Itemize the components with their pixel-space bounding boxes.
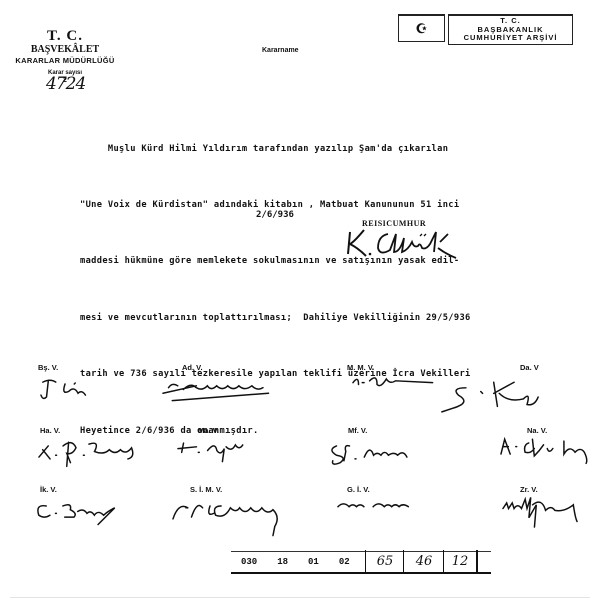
department-title: KARARLAR MÜDÜRLÜĞÜ	[0, 56, 130, 66]
body-line: Muşlu Kürd Hilmi Yıldırım tarafından yaz…	[80, 140, 580, 159]
ref-hand-3: 12	[443, 550, 478, 572]
decree-date: 2/6/936	[256, 210, 294, 220]
minister-signature: T. R. Aras	[26, 437, 151, 479]
minister-signature: S. Arıkan	[318, 437, 443, 479]
ref-code-3: 01	[298, 557, 329, 567]
archive-stamp: ☪ T. C. BAŞBAKANLIK CUMHURİYET ARŞİVİ	[398, 14, 574, 43]
minister-label: Bş. V.	[38, 363, 58, 372]
minister-label: Ha. V.	[40, 426, 60, 435]
body-line: maddesi hükmüne göre memlekete sokulması…	[80, 252, 580, 271]
minister-label: Da. V	[520, 363, 539, 372]
minister-label: Mf. V.	[348, 426, 367, 435]
minister-signature: M. Erkmen	[490, 494, 600, 536]
minister-label: Ma. V.	[198, 426, 219, 435]
archive-reference: 030 18 01 02 65 46 12	[231, 551, 491, 574]
minister-label: Ad. V.	[182, 363, 203, 372]
ref-hand-1: 65	[365, 550, 404, 572]
minister-signature: A. Çetin Kaya	[488, 434, 600, 476]
state-title: T. C.	[0, 28, 130, 44]
office-title: BAŞVEKÂLET	[0, 44, 130, 56]
minister-signature: Ş. Kaya	[440, 377, 565, 419]
crescent-star-icon: ☪	[398, 14, 445, 42]
minister-signature: İ. İnönü	[28, 375, 153, 417]
ref-code-4: 02	[329, 557, 360, 567]
minister-label: İk. V.	[40, 485, 57, 494]
minister-label: G. İ. V.	[347, 485, 370, 494]
president-signature	[340, 224, 490, 264]
page-edge	[10, 597, 590, 598]
minister-signature: R. Saydam	[160, 497, 285, 539]
ref-hand-2: 46	[403, 550, 444, 572]
ref-code-2: 18	[267, 557, 298, 567]
minister-label: S. İ. M. V.	[190, 485, 222, 494]
decree-number: 4724	[46, 74, 85, 94]
archive-stamp-text: T. C. BAŞBAKANLIK CUMHURİYET ARŞİVİ	[448, 14, 573, 45]
body-line: mesi ve mevcutlarının toplattırılması; D…	[80, 309, 580, 328]
body-line: "Une Voix de Kürdistan" adındaki kitabın…	[80, 196, 580, 215]
minister-signature: F. Ağralı	[165, 436, 290, 478]
minister-signature: C. Bayar	[24, 497, 149, 539]
ref-code-1: 030	[231, 557, 267, 567]
minister-label: Zr. V.	[520, 485, 538, 494]
stamp-line-3: CUMHURİYET ARŞİVİ	[449, 34, 572, 43]
minister-signature: R. Karadeniz	[325, 494, 450, 536]
minister-signature: Ş. Saracoğlu	[150, 375, 275, 417]
document-type: Kararname	[262, 47, 299, 54]
